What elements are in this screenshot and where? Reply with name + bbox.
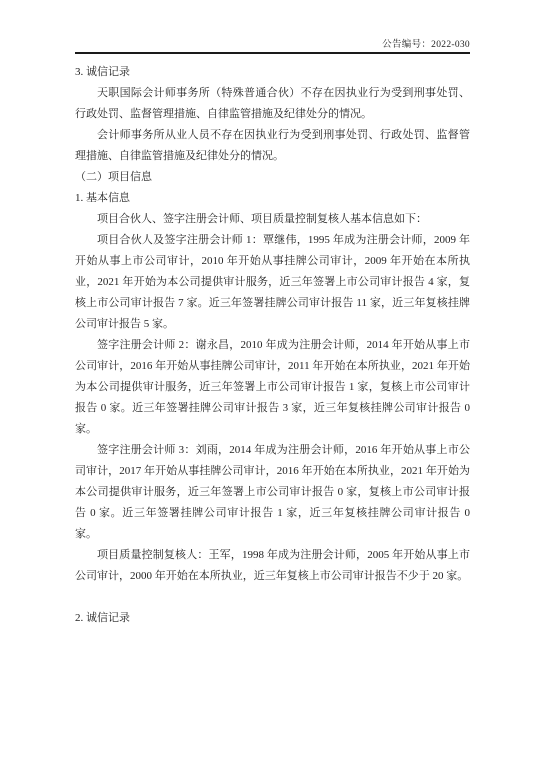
section-heading-project-info: （二）项目信息 bbox=[75, 167, 470, 188]
paragraph-partner-accountant-1: 项目合伙人及签字注册会计师 1：覃继伟，1995 年成为注册会计师，2009 年… bbox=[75, 230, 470, 335]
header-divider bbox=[75, 52, 470, 54]
document-page: 公告编号：2022-030 3. 诚信记录 天职国际会计师事务所（特殊普通合伙）… bbox=[0, 0, 545, 771]
paragraph-basic-info-intro: 项目合伙人、签字注册会计师、项目质量控制复核人基本信息如下： bbox=[75, 209, 470, 230]
section-heading-basic-info: 1. 基本信息 bbox=[75, 188, 470, 209]
paragraph-quality-control-reviewer: 项目质量控制复核人：王军，1998 年成为注册会计师，2005 年开始从事上市公… bbox=[75, 545, 470, 587]
section-heading-integrity-record-3: 3. 诚信记录 bbox=[75, 62, 470, 83]
blank-line bbox=[75, 587, 470, 608]
paragraph-firm-integrity: 天职国际会计师事务所（特殊普通合伙）不存在因执业行为受到刑事处罚、行政处罚、监督… bbox=[75, 83, 470, 125]
section-heading-integrity-record-2: 2. 诚信记录 bbox=[75, 608, 470, 629]
paragraph-signing-accountant-3: 签字注册会计师 3：刘雨，2014 年成为注册会计师，2016 年开始从事上市公… bbox=[75, 440, 470, 545]
paragraph-signing-accountant-2: 签字注册会计师 2：谢永昌，2010 年成为注册会计师，2014 年开始从事上市… bbox=[75, 335, 470, 440]
paragraph-staff-integrity: 会计师事务所从业人员不存在因执业行为受到刑事处罚、行政处罚、监督管理措施、自律监… bbox=[75, 125, 470, 167]
announcement-number: 公告编号：2022-030 bbox=[75, 36, 470, 50]
document-body: 3. 诚信记录 天职国际会计师事务所（特殊普通合伙）不存在因执业行为受到刑事处罚… bbox=[75, 62, 470, 629]
